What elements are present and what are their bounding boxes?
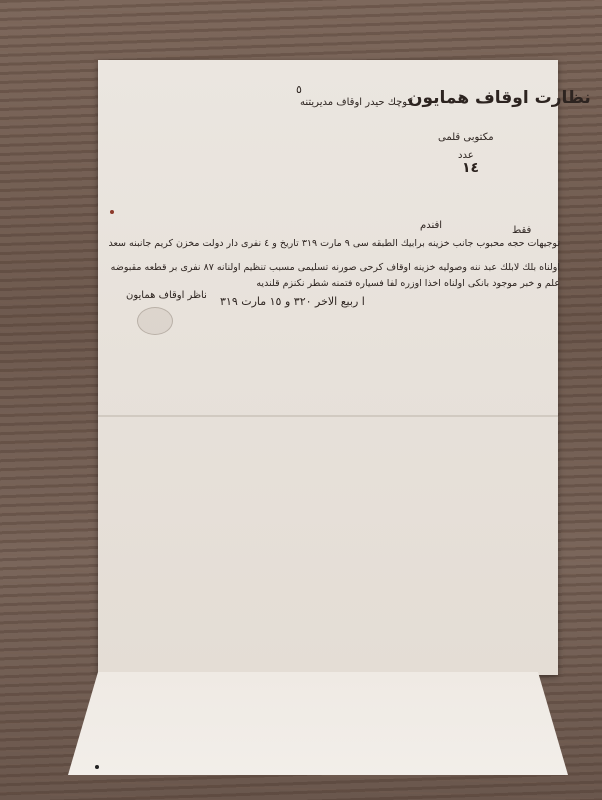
seal-stamp	[137, 307, 173, 335]
greeting-1: فقط	[512, 225, 531, 236]
body-line-2: اولناه بلك لابلك عبد ننه وصوليه خزينه او…	[111, 262, 560, 273]
greeting-2: افندم	[420, 220, 442, 231]
folded-paper-flap	[68, 672, 568, 775]
dark-spot	[95, 765, 99, 769]
date-line: ا ربيع الاخر ٣٢٠ و ١٥ مارت ٣١٩	[220, 295, 365, 308]
body-line-3: علم و خبر موجود بانكى اولناه اخذا اوزره …	[256, 278, 560, 289]
top-number: ٥	[296, 83, 302, 96]
ink-spot	[110, 210, 114, 214]
letterhead-number: ١٤	[462, 160, 479, 176]
letterhead-title: نظارت اوقاف همايون	[408, 88, 591, 108]
signature: ناظر اوقاف همايون	[126, 290, 207, 301]
paper-fold-crease	[98, 415, 558, 417]
addressee-line: كوچك حيدر اوقاف مديريتنه	[300, 97, 412, 108]
document-paper	[98, 60, 558, 675]
body-line-1: توجيهات حجه محبوب جانب خزينه برابيك الطب…	[108, 238, 560, 249]
letterhead-subtitle: مكتوبى قلمى	[438, 132, 494, 143]
